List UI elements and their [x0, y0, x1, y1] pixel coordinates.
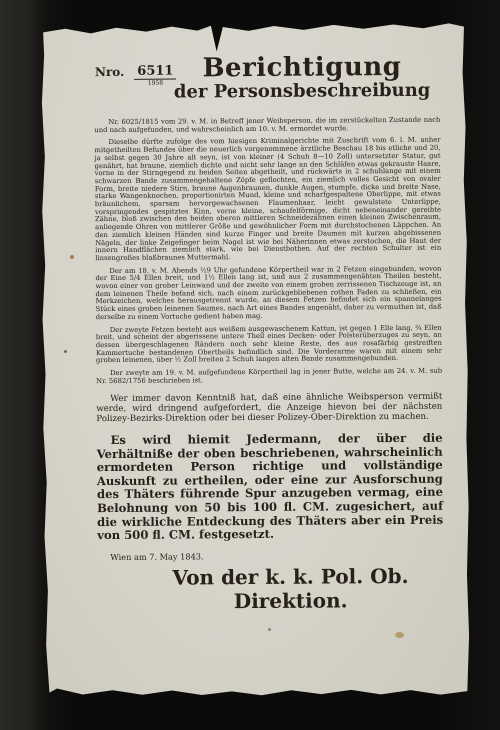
document-subtitle: der Personsbeschreibung: [164, 81, 440, 103]
stain-speck: [395, 632, 404, 638]
document-content: Nro. 6511 1958 Berichtigung der Personsb…: [40, 19, 470, 615]
description-paragraph: Dieselbe dürfte zufolge des vom hiesigen…: [94, 137, 441, 263]
stain-speck: [268, 628, 271, 631]
document-header: Nro. 6511 1958 Berichtigung der Personsb…: [94, 53, 440, 119]
document-sheet: Nro. 6511 1958 Berichtigung der Personsb…: [40, 19, 471, 700]
stain-speck: [64, 350, 67, 353]
document-title: Berichtigung: [164, 53, 440, 83]
appeal-paragraph: Wer immer davon Kenntniß hat, daß eine ä…: [96, 391, 442, 424]
document-number-denominator: 1958: [148, 80, 163, 88]
document-number-label: Nro.: [95, 65, 124, 79]
photo-backdrop: Nro. 6511 1958 Berichtigung der Personsb…: [0, 0, 500, 730]
document-number: 6511: [134, 65, 176, 80]
first-find-paragraph: Der am 18. v. M. Abends ½9 Uhr gefundene…: [95, 265, 441, 321]
reference-paragraph: Nr. 6025/1815 vom 29. v. M. in Betreff j…: [94, 117, 440, 135]
stain-speck: [70, 255, 74, 259]
second-wrapping-paragraph: Der zweyte Fetzen besteht aus weißem aus…: [96, 324, 442, 365]
issuing-authority-signature: Von der k. k. Pol. Ob. Direktion.: [97, 564, 443, 614]
stain-speck: [222, 188, 225, 191]
document-number-block: Nro. 6511 1958: [95, 65, 177, 89]
document-number-fraction: 6511 1958: [134, 65, 176, 88]
second-find-paragraph: Der zweyte am 19. v. M. aufgefundene Kör…: [96, 368, 442, 386]
reward-paragraph: Es wird hiemit Jedermann, der über die V…: [97, 432, 444, 543]
dateline: Wien am 7. May 1843.: [97, 550, 443, 562]
